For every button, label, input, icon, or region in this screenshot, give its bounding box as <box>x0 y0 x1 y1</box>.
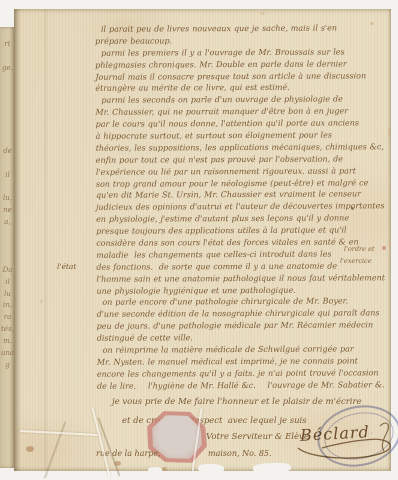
letter-line: en physiologie, j'estime d'autant plus s… <box>96 212 392 225</box>
torn-edge-notch <box>253 462 291 473</box>
edge-fragment: una <box>0 348 15 360</box>
edge-fragment: de <box>0 146 15 158</box>
letter-line: de le lire. l'hygiène de Mr. Hallé &c. l… <box>97 379 393 392</box>
foxing-spot <box>382 246 386 250</box>
edge-fragment <box>0 158 15 170</box>
edge-fragment: Da <box>0 265 15 277</box>
margin-note: l'état <box>57 262 76 271</box>
letter-line: l'expérience ou lié par un raisonnement … <box>96 165 392 178</box>
edge-fragment <box>0 241 15 253</box>
address-house: maison, No. 85. <box>208 449 272 458</box>
edge-fragment <box>0 75 15 87</box>
foxing-spot <box>162 467 167 471</box>
foxing-spot <box>370 22 374 25</box>
edge-fragment <box>0 182 15 194</box>
fold-crease-faint <box>44 9 47 471</box>
edge-fragment <box>0 229 15 241</box>
edge-fragment: il <box>0 277 15 289</box>
letter-line: par le cours qu'il nous donne, l'attenti… <box>96 117 392 130</box>
edge-fragment: a, <box>0 217 15 229</box>
edge-fragment: ra <box>0 312 15 324</box>
fold-crease <box>14 9 21 471</box>
adjacent-page-edge: rtge,deillu,nea,Dailluin,ratés,m.unag <box>0 27 15 468</box>
letter-line: théories, les suppositions, les applicat… <box>96 141 392 154</box>
edge-fragment: m. <box>0 336 15 348</box>
edge-fragment: in, <box>0 300 15 312</box>
foxing-spot <box>260 12 265 15</box>
foxing-spot <box>114 461 121 466</box>
scanned-letter-page: rtge,deillu,nea,Dailluin,ratés,m.unag il… <box>0 0 398 480</box>
handwriting-block: il parait peu de livres nouveaux que je … <box>95 22 393 392</box>
edge-fragment <box>0 110 15 122</box>
closing-line-1: je vous prie de Me faire l'honneur et le… <box>112 397 362 407</box>
letter-line: l'homme sain et une anatomie pathologiqu… <box>96 272 392 285</box>
torn-edge-notch <box>198 464 224 474</box>
edge-fragment <box>0 98 15 110</box>
torn-edge-notch <box>148 467 162 473</box>
edge-fragment <box>0 372 15 384</box>
letter-line: peu de jours. d'une pathologie médicale … <box>97 319 393 332</box>
edge-fragment <box>0 51 15 63</box>
edge-fragment <box>0 134 15 146</box>
edge-fragment: lu <box>0 289 15 301</box>
ink-blot <box>351 207 354 210</box>
edge-fragment: lu, <box>0 193 15 205</box>
edge-fragment: ge, <box>0 63 15 75</box>
foxing-spot <box>388 128 391 137</box>
edge-fragment: rt <box>0 39 15 51</box>
edge-fragment: ne <box>0 205 15 217</box>
edge-fragment <box>0 384 15 396</box>
edge-fragment: tés, <box>0 324 15 336</box>
letter-line: Journal mais il consacre presque tout so… <box>95 70 391 83</box>
foxing-spot <box>40 300 43 303</box>
edge-fragment <box>0 253 15 265</box>
edge-fragment <box>0 27 15 39</box>
interline-note-2: l'exercice <box>340 257 372 265</box>
edge-fragment <box>0 122 15 134</box>
edge-fragment <box>0 86 15 98</box>
edge-fragment: g <box>0 360 15 372</box>
edge-fragment: il <box>0 170 15 182</box>
interline-note-1: l'ordre et <box>344 245 375 253</box>
foxing-spot <box>26 446 34 452</box>
